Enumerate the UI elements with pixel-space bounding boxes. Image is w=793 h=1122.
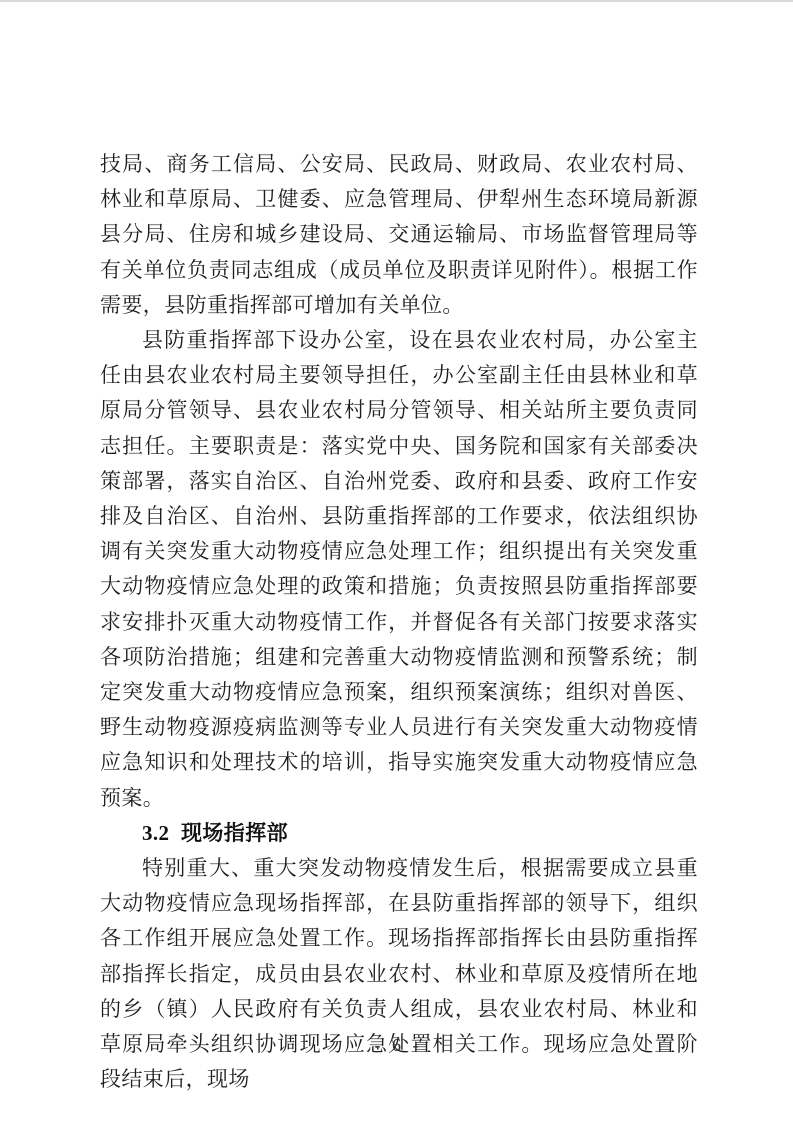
paragraph-member-units-continuation: 技局、商务工信局、公安局、民政局、财政局、农业农村局、林业和草原局、卫健委、应急… <box>100 147 698 323</box>
document-page: 技局、商务工信局、公安局、民政局、财政局、农业农村局、林业和草原局、卫健委、应急… <box>0 0 793 1122</box>
paragraph-field-command-post: 特别重大、重大突发动物疫情发生后，根据需要成立县重大动物疫情应急现场指挥部，在县… <box>100 851 698 1097</box>
page-number: - 6 - <box>0 1033 793 1057</box>
section-number: 3.2 <box>142 821 169 845</box>
document-body: 技局、商务工信局、公安局、民政局、财政局、农业农村局、林业和草原局、卫健委、应急… <box>100 147 698 1097</box>
section-heading-3-2: 3.2现场指挥部 <box>100 816 698 851</box>
section-title: 现场指挥部 <box>181 822 288 845</box>
paragraph-office-setup-and-duties: 县防重指挥部下设办公室，设在县农业农村局，办公室主任由县农业农村局主要领导担任，… <box>100 323 698 816</box>
scan-edge-artifact <box>0 0 793 2</box>
